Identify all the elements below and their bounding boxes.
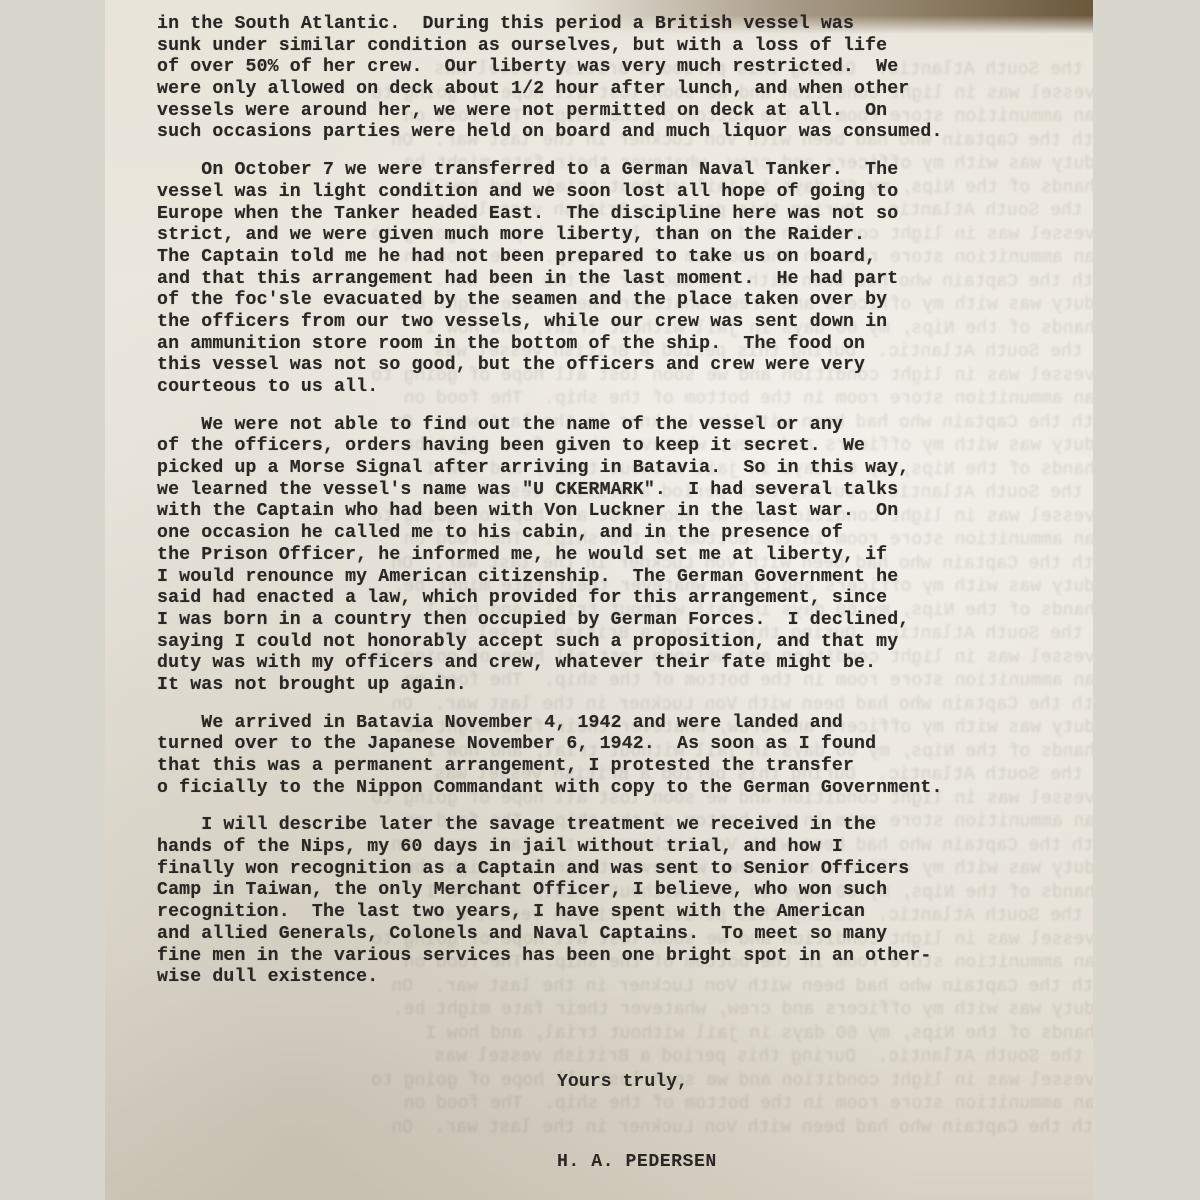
text-line: such occasions parties were held on boar… (157, 122, 1057, 144)
text-line: saying I could not honorably accept such… (157, 632, 1057, 654)
text-line: strict, and we were given much more libe… (157, 225, 1057, 247)
text-line: of the officers, orders having been give… (157, 436, 1057, 458)
text-line: It was not brought up again. (157, 675, 1057, 697)
signature-name: H. A. PEDERSEN (557, 1152, 717, 1172)
text-line: of over 50% of her crew. Our liberty was… (157, 57, 1057, 79)
text-line: duty was with my officers and crew, what… (157, 653, 1057, 675)
document-viewer: in the South Atlantic. During this perio… (0, 0, 1200, 1200)
paragraph: in the South Atlantic. During this perio… (157, 14, 1057, 144)
paragraph-gap (157, 799, 1057, 815)
text-line: this vessel was not so good, but the off… (157, 355, 1057, 377)
text-line: in the South Atlantic. During this perio… (157, 14, 1057, 36)
bleed-line: in the South Atlantic. During this perio… (434, 1047, 1093, 1069)
text-line: vessel was in light condition and we soo… (157, 182, 1057, 204)
bleed-line: with the Captain who had been with Von L… (391, 1118, 1093, 1140)
text-line: We arrived in Batavia November 4, 1942 a… (157, 713, 1057, 735)
text-line: turned over to the Japanese November 6, … (157, 734, 1057, 756)
text-line: I was born in a country then occupied by… (157, 610, 1057, 632)
paragraph-gap (157, 399, 1057, 415)
text-line: On October 7 we were transferred to a Ge… (157, 160, 1057, 182)
text-line: o ficially to the Nippon Commandant with… (157, 778, 1057, 800)
paragraph-gap (157, 697, 1057, 713)
text-line: Camp in Taiwan, the only Merchant Office… (157, 880, 1057, 902)
text-line: and that this arrangement had been in th… (157, 269, 1057, 291)
text-line: an ammunition store room in the bottom o… (157, 334, 1057, 356)
paragraph: We arrived in Batavia November 4, 1942 a… (157, 713, 1057, 800)
text-line: finally won recognition as a Captain and… (157, 859, 1057, 881)
bleed-line: duty was with my officers and crew, what… (393, 1000, 1093, 1022)
text-line: one occasion he called me to his cabin, … (157, 523, 1057, 545)
text-line: sunk under similar condition as ourselve… (157, 36, 1057, 58)
text-line: of the foc'sle evacuated by the seamen a… (157, 290, 1057, 312)
text-line: We were not able to find out the name of… (157, 415, 1057, 437)
letter-body: in the South Atlantic. During this perio… (157, 14, 1057, 989)
text-line: said had enacted a law, which provided f… (157, 588, 1057, 610)
paragraph: I will describe later the savage treatme… (157, 815, 1057, 989)
paragraph-gap (157, 144, 1057, 160)
closing-salutation: Yours truly, (557, 1072, 688, 1092)
bleed-line: hands of the Nips, my 60 days in jail wi… (425, 1024, 1093, 1046)
text-line: vessels were around her, we were not per… (157, 101, 1057, 123)
text-line: The Captain told me he had not been prep… (157, 247, 1057, 269)
text-line: I would renounce my American citizenship… (157, 567, 1057, 589)
paragraph: On October 7 we were transferred to a Ge… (157, 160, 1057, 399)
text-line: I will describe later the savage treatme… (157, 815, 1057, 837)
text-line: Europe when the Tanker headed East. The … (157, 204, 1057, 226)
paragraph: We were not able to find out the name of… (157, 415, 1057, 697)
text-line: hands of the Nips, my 60 days in jail wi… (157, 837, 1057, 859)
text-line: fine men in the various services has bee… (157, 946, 1057, 968)
text-line: that this was a permanent arrangement, I… (157, 756, 1057, 778)
text-line: picked up a Morse Signal after arriving … (157, 458, 1057, 480)
text-line: courteous to us all. (157, 377, 1057, 399)
text-line: were only allowed on deck about 1/2 hour… (157, 79, 1057, 101)
text-line: we learned the vessel's name was "U CKER… (157, 480, 1057, 502)
text-line: the Prison Officer, he informed me, he w… (157, 545, 1057, 567)
bleed-line: an ammunition store room in the bottom o… (404, 1094, 1093, 1116)
text-line: wise dull existence. (157, 967, 1057, 989)
text-line: with the Captain who had been with Von L… (157, 501, 1057, 523)
bleed-line: vessel was in light condition and we soo… (371, 1071, 1093, 1093)
letter-page: in the South Atlantic. During this perio… (105, 0, 1093, 1200)
text-line: the officers from our two vessels, while… (157, 312, 1057, 334)
text-line: recognition. The last two years, I have … (157, 902, 1057, 924)
text-line: and allied Generals, Colonels and Naval … (157, 924, 1057, 946)
